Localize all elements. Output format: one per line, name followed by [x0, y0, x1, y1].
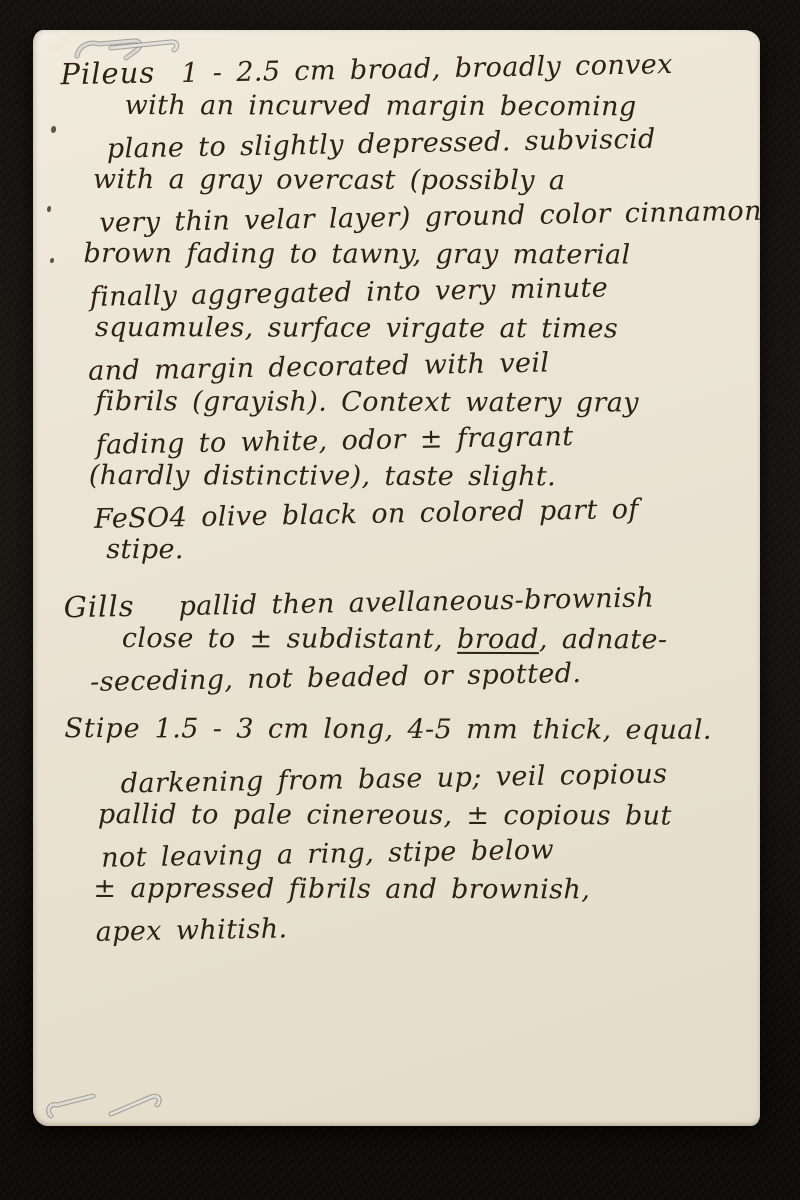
- section-pileus: Pileus1 - 2.5 cm broad, broadly convex w…: [60, 48, 744, 571]
- staple-bottom-icon: [45, 1090, 185, 1124]
- photo-background: Pileus1 - 2.5 cm broad, broadly convex w…: [0, 0, 800, 1200]
- note-paper: Pileus1 - 2.5 cm broad, broadly convex w…: [33, 30, 760, 1126]
- line-text: close to ± subdistant,: [122, 623, 457, 655]
- section-stipe: Stipe1.5 - 3 cm long, 4-5 mm thick, equa…: [64, 709, 746, 947]
- underlined-word: broad: [457, 624, 539, 655]
- handwritten-line: Stipe1.5 - 3 cm long, 4-5 mm thick, equa…: [64, 710, 745, 749]
- section-gills: Gillspallid then avellaneous-brownish cl…: [64, 581, 746, 697]
- handwritten-note: Pileus1 - 2.5 cm broad, broadly convex w…: [60, 48, 746, 947]
- line-text: 1 - 2.5 cm broad, broadly convex: [181, 49, 673, 89]
- handwritten-line: apex whitish.: [95, 902, 747, 951]
- paper-corner-fold: [39, 33, 69, 51]
- section-header-stipe: Stipe: [64, 710, 140, 747]
- ink-speck: [50, 258, 54, 263]
- staple-bottom-right-icon: [111, 1096, 159, 1114]
- line-text: pallid then avellaneous-brownish: [178, 582, 654, 622]
- ink-speck: [51, 126, 56, 133]
- handwritten-line: -seceding, not beaded or spotted.: [90, 652, 746, 701]
- ink-speck: [47, 206, 51, 212]
- staple-bottom-left-icon: [49, 1096, 93, 1116]
- line-text: 1.5 - 3 cm long, 4-5 mm thick, equal.: [155, 713, 712, 745]
- handwritten-line: stipe.: [106, 531, 744, 570]
- handwritten-line: darkening from base up; veil copious: [120, 754, 746, 802]
- line-text: , adnate-: [539, 624, 668, 655]
